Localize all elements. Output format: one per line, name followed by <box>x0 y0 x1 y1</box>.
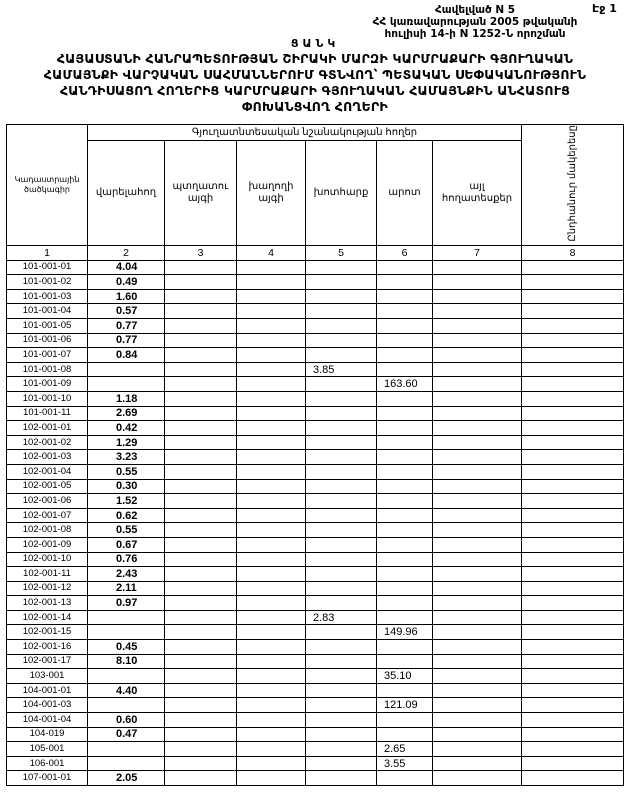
vineyard-cell <box>237 771 306 786</box>
table-row: 102-001-040.55 <box>7 464 624 479</box>
cadastral-code-cell: 101-001-01 <box>7 260 88 275</box>
other-land-cell <box>433 581 522 596</box>
table-row: 102-001-050.30 <box>7 479 624 494</box>
pasture-cell <box>377 348 433 363</box>
table-row: 102-001-080.55 <box>7 523 624 538</box>
arable-cell: 0.77 <box>88 319 165 334</box>
total-area-cell <box>522 581 624 596</box>
pasture-cell <box>377 333 433 348</box>
vineyard-cell <box>237 742 306 757</box>
total-area-cell <box>522 756 624 771</box>
annex-line-1: Հավելված N 5 <box>360 4 590 16</box>
hayfield-cell <box>306 391 377 406</box>
table-row: 101-001-101.18 <box>7 391 624 406</box>
pasture-cell <box>377 567 433 582</box>
table-row: 102-001-178.10 <box>7 654 624 669</box>
total-area-cell <box>522 537 624 552</box>
hayfield-cell <box>306 756 377 771</box>
other-land-cell <box>433 435 522 450</box>
arable-cell: 0.76 <box>88 552 165 567</box>
arable-cell: 2.05 <box>88 771 165 786</box>
hayfield-cell <box>306 771 377 786</box>
cadastral-code-cell: 102-001-12 <box>7 581 88 596</box>
orchard-cell <box>165 625 237 640</box>
vineyard-cell <box>237 508 306 523</box>
pasture-cell <box>377 362 433 377</box>
table-row: 101-001-070.84 <box>7 348 624 363</box>
vineyard-cell <box>237 610 306 625</box>
hayfield-cell <box>306 669 377 684</box>
arable-cell: 0.97 <box>88 596 165 611</box>
hayfield-cell <box>306 640 377 655</box>
other-land-cell <box>433 377 522 392</box>
column-number: 4 <box>237 245 306 260</box>
cadastral-code-cell: 101-001-07 <box>7 348 88 363</box>
arable-cell: 0.62 <box>88 508 165 523</box>
vineyard-cell <box>237 669 306 684</box>
arable-cell <box>88 669 165 684</box>
table-row: 101-001-031.60 <box>7 289 624 304</box>
other-land-cell <box>433 523 522 538</box>
other-land-cell <box>433 260 522 275</box>
table-row: 105-0012.65 <box>7 742 624 757</box>
cadastral-code-cell: 102-001-03 <box>7 450 88 465</box>
table-row: 102-001-100.76 <box>7 552 624 567</box>
table-row: 102-001-112.43 <box>7 567 624 582</box>
table-row: 101-001-040.57 <box>7 304 624 319</box>
vineyard-cell <box>237 450 306 465</box>
orchard-cell <box>165 756 237 771</box>
other-land-cell <box>433 508 522 523</box>
table-row: 102-001-010.42 <box>7 421 624 436</box>
arable-cell: 1.18 <box>88 391 165 406</box>
vineyard-cell <box>237 640 306 655</box>
other-land-cell <box>433 275 522 290</box>
orchard-cell <box>165 596 237 611</box>
cadastral-code-cell: 102-001-14 <box>7 610 88 625</box>
total-area-cell <box>522 567 624 582</box>
hayfield-cell <box>306 421 377 436</box>
orchard-cell <box>165 304 237 319</box>
hayfield-cell <box>306 406 377 421</box>
arable-cell: 0.55 <box>88 523 165 538</box>
vineyard-cell <box>237 727 306 742</box>
other-land-cell <box>433 683 522 698</box>
total-area-cell <box>522 596 624 611</box>
orchard-cell <box>165 450 237 465</box>
vineyard-cell <box>237 654 306 669</box>
table-row: 104-0190.47 <box>7 727 624 742</box>
orchard-cell <box>165 362 237 377</box>
total-area-cell <box>522 391 624 406</box>
group-header-agricultural-land: Գյուղատնտեսական նշանակության հողեր <box>88 125 522 141</box>
cadastral-code-cell: 101-001-11 <box>7 406 88 421</box>
cadastral-code-cell: 102-001-01 <box>7 421 88 436</box>
other-land-cell <box>433 610 522 625</box>
arable-cell: 2.69 <box>88 406 165 421</box>
total-area-cell <box>522 742 624 757</box>
total-area-cell <box>522 421 624 436</box>
cadastral-code-cell: 103-001 <box>7 669 88 684</box>
pasture-cell: 3.55 <box>377 756 433 771</box>
cadastral-code-cell: 102-001-11 <box>7 567 88 582</box>
vineyard-cell <box>237 304 306 319</box>
total-area-cell <box>522 727 624 742</box>
total-area-cell <box>522 319 624 334</box>
total-area-cell <box>522 669 624 684</box>
vineyard-cell <box>237 713 306 728</box>
cadastral-code-cell: 107-001-01 <box>7 771 88 786</box>
total-area-cell <box>522 348 624 363</box>
total-area-cell <box>522 260 624 275</box>
cadastral-code-cell: 104-001-04 <box>7 713 88 728</box>
other-land-cell <box>433 552 522 567</box>
pasture-cell <box>377 537 433 552</box>
pasture-cell <box>377 596 433 611</box>
column-header-pasture: արոտ <box>377 140 433 245</box>
total-area-cell <box>522 552 624 567</box>
vineyard-cell <box>237 552 306 567</box>
hayfield-cell <box>306 348 377 363</box>
other-land-cell <box>433 464 522 479</box>
other-land-cell <box>433 479 522 494</box>
column-header-hayfield: խոտհարք <box>306 140 377 245</box>
arable-cell: 1.52 <box>88 494 165 509</box>
pasture-cell <box>377 406 433 421</box>
vineyard-cell <box>237 435 306 450</box>
arable-cell <box>88 756 165 771</box>
hayfield-cell: 2.83 <box>306 610 377 625</box>
other-land-cell <box>433 289 522 304</box>
pasture-cell <box>377 508 433 523</box>
other-land-cell <box>433 362 522 377</box>
cadastral-code-cell: 101-001-05 <box>7 319 88 334</box>
total-area-cell <box>522 610 624 625</box>
vineyard-cell <box>237 537 306 552</box>
total-area-cell <box>522 377 624 392</box>
pasture-cell <box>377 523 433 538</box>
orchard-cell <box>165 377 237 392</box>
arable-cell: 4.04 <box>88 260 165 275</box>
table-row: 102-001-061.52 <box>7 494 624 509</box>
list-heading: ՑԱՆԿ <box>0 37 630 50</box>
table-row: 102-001-090.67 <box>7 537 624 552</box>
pasture-cell <box>377 654 433 669</box>
column-number: 7 <box>433 245 522 260</box>
total-area-cell <box>522 464 624 479</box>
vineyard-cell <box>237 275 306 290</box>
orchard-cell <box>165 610 237 625</box>
orchard-cell <box>165 669 237 684</box>
other-land-cell <box>433 756 522 771</box>
total-area-cell <box>522 494 624 509</box>
other-land-cell <box>433 319 522 334</box>
land-register-table: Կադաստրային ծածկագիր Գյուղատնտեսական նշա… <box>6 124 624 786</box>
column-number: 2 <box>88 245 165 260</box>
vineyard-cell <box>237 362 306 377</box>
orchard-cell <box>165 333 237 348</box>
hayfield-cell <box>306 683 377 698</box>
table-row: 101-001-014.04 <box>7 260 624 275</box>
arable-cell: 0.42 <box>88 421 165 436</box>
table-row: 101-001-060.77 <box>7 333 624 348</box>
column-number: 1 <box>7 245 88 260</box>
arable-cell <box>88 362 165 377</box>
pasture-cell <box>377 450 433 465</box>
pasture-cell <box>377 494 433 509</box>
table-row: 102-001-142.83 <box>7 610 624 625</box>
hayfield-cell <box>306 698 377 713</box>
arable-cell: 4.40 <box>88 683 165 698</box>
table-row: 101-001-09163.60 <box>7 377 624 392</box>
orchard-cell <box>165 464 237 479</box>
other-land-cell <box>433 421 522 436</box>
pasture-cell: 35.10 <box>377 669 433 684</box>
arable-cell: 0.47 <box>88 727 165 742</box>
vineyard-cell <box>237 479 306 494</box>
arable-cell: 0.67 <box>88 537 165 552</box>
arable-cell: 1.60 <box>88 289 165 304</box>
hayfield-cell <box>306 275 377 290</box>
other-land-cell <box>433 567 522 582</box>
hayfield-cell <box>306 552 377 567</box>
column-number: 8 <box>522 245 624 260</box>
arable-cell: 3.23 <box>88 450 165 465</box>
orchard-cell <box>165 523 237 538</box>
cadastral-code-cell: 101-001-02 <box>7 275 88 290</box>
orchard-cell <box>165 742 237 757</box>
other-land-cell <box>433 348 522 363</box>
arable-cell: 2.43 <box>88 567 165 582</box>
hayfield-cell <box>306 625 377 640</box>
cadastral-code-cell: 105-001 <box>7 742 88 757</box>
pasture-cell <box>377 421 433 436</box>
table-row: 102-001-033.23 <box>7 450 624 465</box>
arable-cell: 0.84 <box>88 348 165 363</box>
pasture-cell: 149.96 <box>377 625 433 640</box>
orchard-cell <box>165 654 237 669</box>
vineyard-cell <box>237 391 306 406</box>
arable-cell: 8.10 <box>88 654 165 669</box>
cadastral-code-cell: 102-001-02 <box>7 435 88 450</box>
table-row: 104-001-03121.09 <box>7 698 624 713</box>
other-land-cell <box>433 742 522 757</box>
cadastral-code-cell: 102-001-17 <box>7 654 88 669</box>
hayfield-cell <box>306 727 377 742</box>
arable-cell: 0.49 <box>88 275 165 290</box>
pasture-cell <box>377 289 433 304</box>
orchard-cell <box>165 683 237 698</box>
orchard-cell <box>165 713 237 728</box>
arable-cell: 0.57 <box>88 304 165 319</box>
table-row: 101-001-050.77 <box>7 319 624 334</box>
other-land-cell <box>433 596 522 611</box>
pasture-cell <box>377 464 433 479</box>
vineyard-cell <box>237 348 306 363</box>
pasture-cell <box>377 727 433 742</box>
other-land-cell <box>433 640 522 655</box>
vineyard-cell <box>237 333 306 348</box>
table-body: 101-001-014.04101-001-020.49101-001-031.… <box>7 260 624 785</box>
orchard-cell <box>165 727 237 742</box>
cadastral-code-cell: 101-001-06 <box>7 333 88 348</box>
table-row: 102-001-130.97 <box>7 596 624 611</box>
pasture-cell <box>377 319 433 334</box>
cadastral-code-cell: 102-001-08 <box>7 523 88 538</box>
table-row: 104-001-040.60 <box>7 713 624 728</box>
other-land-cell <box>433 537 522 552</box>
pasture-cell <box>377 581 433 596</box>
table-row: 102-001-122.11 <box>7 581 624 596</box>
other-land-cell <box>433 654 522 669</box>
orchard-cell <box>165 537 237 552</box>
cadastral-code-cell: 101-001-10 <box>7 391 88 406</box>
orchard-cell <box>165 479 237 494</box>
orchard-cell <box>165 406 237 421</box>
column-header-arable: վարելահող <box>88 140 165 245</box>
hayfield-cell <box>306 377 377 392</box>
cadastral-code-cell: 106-001 <box>7 756 88 771</box>
arable-cell: 0.55 <box>88 464 165 479</box>
total-area-cell <box>522 625 624 640</box>
column-header-total-area: Ընդհանուր մակերեսը <box>522 125 624 246</box>
column-number: 5 <box>306 245 377 260</box>
vineyard-cell <box>237 464 306 479</box>
pasture-cell <box>377 391 433 406</box>
table-row: 102-001-15149.96 <box>7 625 624 640</box>
vineyard-cell <box>237 567 306 582</box>
other-land-cell <box>433 494 522 509</box>
orchard-cell <box>165 391 237 406</box>
column-header-vineyard: խաղողի այգի <box>237 140 306 245</box>
pasture-cell: 2.65 <box>377 742 433 757</box>
table-row: 103-00135.10 <box>7 669 624 684</box>
vineyard-cell <box>237 319 306 334</box>
hayfield-cell <box>306 494 377 509</box>
total-area-label: Ընդհանուր մակերեսը <box>567 125 578 242</box>
vineyard-cell <box>237 377 306 392</box>
total-area-cell <box>522 362 624 377</box>
pasture-cell <box>377 260 433 275</box>
table-row: 106-0013.55 <box>7 756 624 771</box>
hayfield-cell <box>306 464 377 479</box>
orchard-cell <box>165 275 237 290</box>
other-land-cell <box>433 698 522 713</box>
pasture-cell <box>377 640 433 655</box>
hayfield-cell <box>306 567 377 582</box>
hayfield-cell <box>306 596 377 611</box>
total-area-cell <box>522 713 624 728</box>
cadastral-code-cell: 104-019 <box>7 727 88 742</box>
page-number: Էջ 1 <box>592 2 617 15</box>
table-row: 104-001-014.40 <box>7 683 624 698</box>
document-title: ՀԱՅԱՍՏԱՆԻ ՀԱՆՐԱՊԵՏՈՒԹՅԱՆ ՇԻՐԱԿԻ ՄԱՐԶԻ ԿԱ… <box>20 51 610 115</box>
cadastral-code-cell: 102-001-05 <box>7 479 88 494</box>
table-row: 101-001-112.69 <box>7 406 624 421</box>
orchard-cell <box>165 508 237 523</box>
hayfield-cell <box>306 713 377 728</box>
pasture-cell: 163.60 <box>377 377 433 392</box>
cadastral-code-cell: 102-001-13 <box>7 596 88 611</box>
hayfield-cell <box>306 333 377 348</box>
hayfield-cell <box>306 319 377 334</box>
orchard-cell <box>165 260 237 275</box>
vineyard-cell <box>237 756 306 771</box>
other-land-cell <box>433 771 522 786</box>
total-area-cell <box>522 771 624 786</box>
arable-cell: 1.29 <box>88 435 165 450</box>
total-area-cell <box>522 698 624 713</box>
hayfield-cell <box>306 537 377 552</box>
pasture-cell <box>377 435 433 450</box>
arable-cell <box>88 610 165 625</box>
total-area-cell <box>522 406 624 421</box>
arable-cell: 0.45 <box>88 640 165 655</box>
hayfield-cell <box>306 289 377 304</box>
orchard-cell <box>165 348 237 363</box>
total-area-cell <box>522 654 624 669</box>
other-land-cell <box>433 450 522 465</box>
table-row: 101-001-020.49 <box>7 275 624 290</box>
orchard-cell <box>165 494 237 509</box>
column-header-other-land: այլ հողատեսքեր <box>433 140 522 245</box>
arable-cell: 0.30 <box>88 479 165 494</box>
cadastral-code-cell: 102-001-15 <box>7 625 88 640</box>
cadastral-code-cell: 104-001-01 <box>7 683 88 698</box>
arable-cell <box>88 742 165 757</box>
other-land-cell <box>433 713 522 728</box>
arable-cell <box>88 698 165 713</box>
table-row: 101-001-083.85 <box>7 362 624 377</box>
pasture-cell <box>377 304 433 319</box>
other-land-cell <box>433 304 522 319</box>
column-header-cadastral-code: Կադաստրային ծածկագիր <box>7 125 88 246</box>
vineyard-cell <box>237 698 306 713</box>
vineyard-cell <box>237 625 306 640</box>
other-land-cell <box>433 391 522 406</box>
total-area-cell <box>522 304 624 319</box>
hayfield-cell <box>306 654 377 669</box>
total-area-cell <box>522 435 624 450</box>
total-area-cell <box>522 683 624 698</box>
arable-cell <box>88 625 165 640</box>
annex-line-2: ՀՀ կառավարության 2005 թվականի <box>360 16 590 28</box>
cadastral-code-cell: 102-001-09 <box>7 537 88 552</box>
vineyard-cell <box>237 406 306 421</box>
total-area-cell <box>522 479 624 494</box>
arable-cell <box>88 377 165 392</box>
vineyard-cell <box>237 581 306 596</box>
total-area-cell <box>522 289 624 304</box>
cadastral-code-cell: 101-001-04 <box>7 304 88 319</box>
total-area-cell <box>522 640 624 655</box>
vineyard-cell <box>237 683 306 698</box>
other-land-cell <box>433 727 522 742</box>
orchard-cell <box>165 581 237 596</box>
orchard-cell <box>165 640 237 655</box>
pasture-cell <box>377 610 433 625</box>
pasture-cell <box>377 552 433 567</box>
orchard-cell <box>165 289 237 304</box>
cadastral-code-cell: 102-001-04 <box>7 464 88 479</box>
vineyard-cell <box>237 596 306 611</box>
hayfield-cell <box>306 260 377 275</box>
vineyard-cell <box>237 494 306 509</box>
annex-reference: Հավելված N 5 ՀՀ կառավարության 2005 թվակա… <box>360 4 590 40</box>
arable-cell: 2.11 <box>88 581 165 596</box>
column-number: 3 <box>165 245 237 260</box>
pasture-cell <box>377 713 433 728</box>
